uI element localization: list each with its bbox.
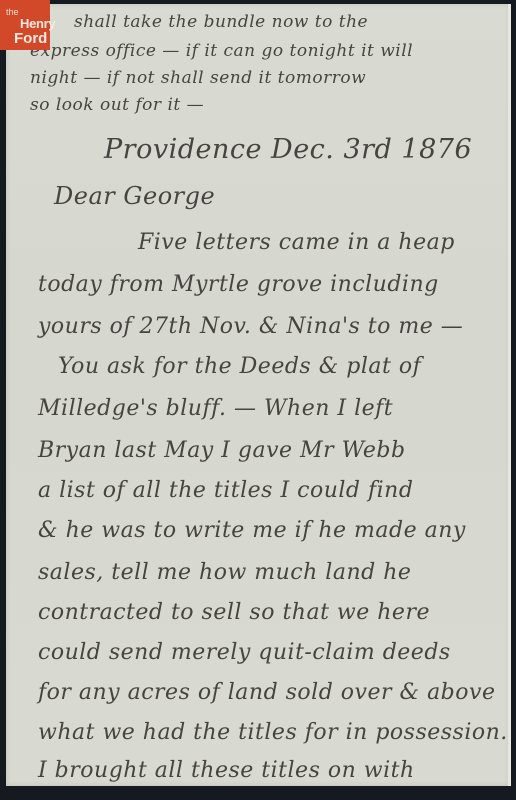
dateline: Providence Dec. 3rd 1876 (104, 134, 472, 165)
postscript-line: so look out for it — (30, 95, 204, 115)
body-line: sales, tell me how much land he (38, 560, 411, 585)
body-line: yours of 27th Nov. & Nina's to me — (38, 314, 463, 339)
logo-henry: Henry (20, 17, 55, 30)
body-line: & he was to write me if he made any (38, 518, 466, 543)
body-line: Bryan last May I gave Mr Webb (38, 438, 406, 463)
paper-edge (508, 4, 511, 786)
body-line: a list of all the titles I could find (38, 478, 413, 503)
body-line: You ask for the Deeds & plat of (58, 354, 421, 379)
logo-the: the (6, 8, 19, 17)
body-line: for any acres of land sold over & above (38, 680, 495, 705)
logo-ford: Ford (14, 31, 47, 46)
body-line: what we had the titles for in possession… (38, 720, 508, 745)
body-line: I brought all these titles on with (38, 758, 415, 783)
body-line: today from Myrtle grove including (38, 272, 439, 297)
postscript-line: shall take the bundle now to the (74, 12, 368, 32)
body-line: Milledge's bluff. — When I left (38, 396, 393, 421)
postscript-line: night — if not shall send it tomorrow (30, 68, 366, 88)
body-line: contracted to sell so that we here (38, 600, 430, 625)
postscript-line: express office — if it can go tonight it… (30, 41, 413, 61)
body-line: Five letters came in a heap (138, 230, 455, 255)
henry-ford-logo[interactable]: the Henry Ford (0, 0, 50, 50)
body-line: could send merely quit-claim deeds (38, 640, 451, 665)
letter-page: shall take the bundle now to the express… (6, 4, 510, 786)
salutation: Dear George (54, 182, 215, 210)
